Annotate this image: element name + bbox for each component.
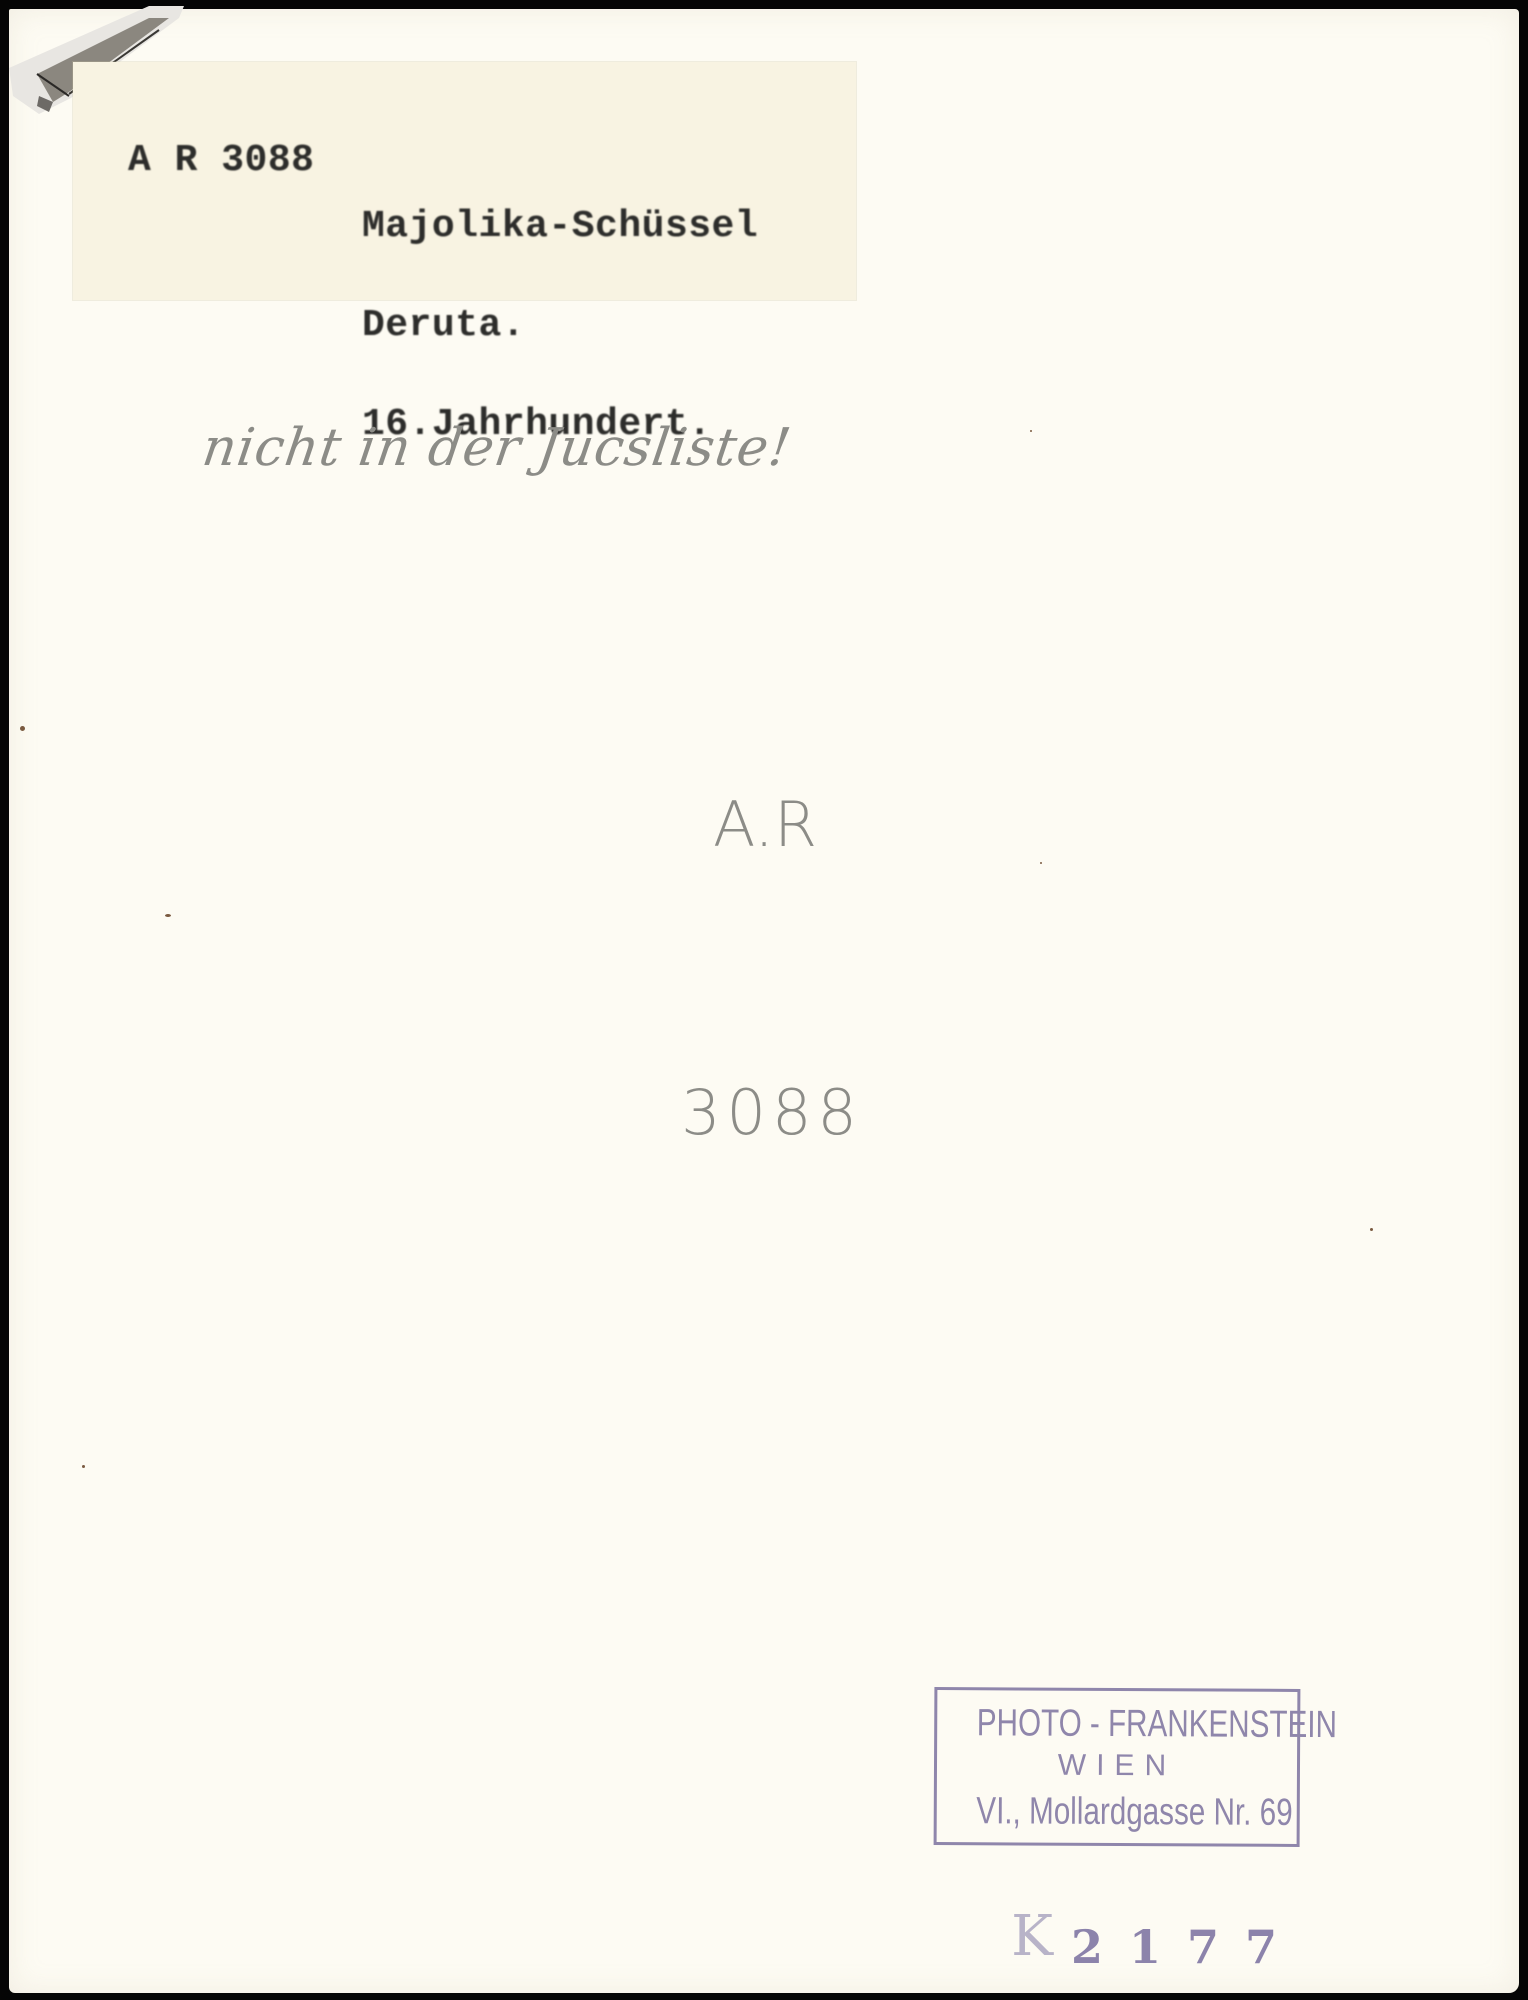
handwritten-reference-number: 3088 — [679, 1065, 865, 1161]
paper-speck — [20, 726, 25, 731]
paper-speck — [165, 914, 171, 917]
paper-speck — [82, 1465, 85, 1468]
typed-catalog-label: A R 3088 Majolika-Schüssel Deruta. 16.Ja… — [73, 62, 856, 300]
handwritten-reference: A.R 3088 — [665, 585, 865, 1257]
paper-speck — [1370, 1228, 1373, 1231]
handwritten-note: nicht in der Jucsliste! — [199, 418, 795, 478]
object-origin: Deruta. — [362, 309, 758, 342]
inventory-number: 2177 — [1071, 1920, 1303, 1974]
catalog-number: A R 3088 — [128, 144, 314, 177]
inventory-prefix: K — [1011, 1904, 1053, 1969]
stamp-studio-name: PHOTO - FRANKENSTEIN — [977, 1702, 1258, 1746]
inventory-stamp: K2177 — [1000, 1885, 1303, 1974]
photographer-stamp: PHOTO - FRANKENSTEIN WIEN VI., Mollardga… — [934, 1687, 1301, 1847]
stamp-address: VI., Mollardgasse Nr. 69 — [976, 1790, 1257, 1834]
object-title: Majolika-Schüssel — [362, 210, 758, 243]
paper-speck — [1040, 862, 1042, 864]
stamp-city: WIEN — [937, 1748, 1297, 1784]
paper-speck — [1030, 430, 1032, 432]
handwritten-reference-prefix: A.R — [665, 777, 865, 873]
